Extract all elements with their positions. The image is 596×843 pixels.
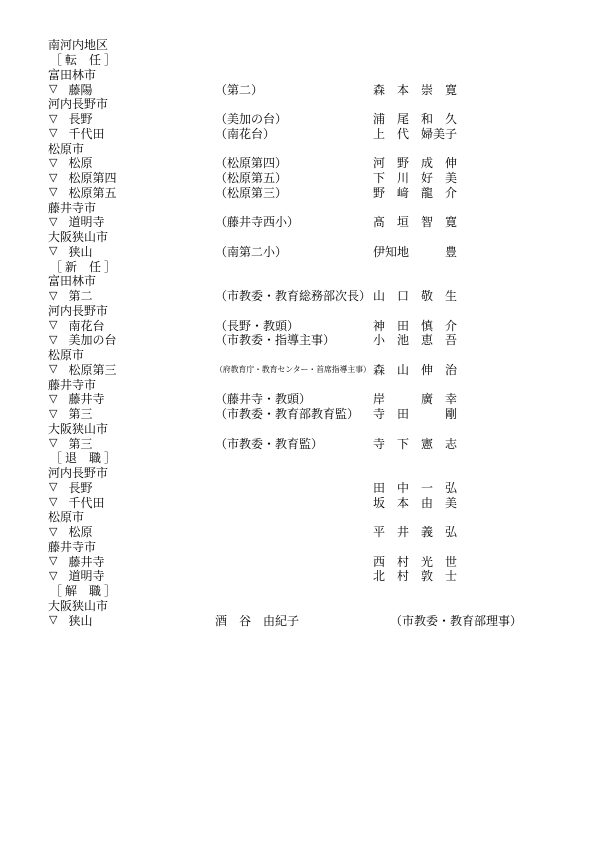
- city-row: 河内長野市: [47, 304, 567, 319]
- entry-row: ▽千代田（南花台）上 代 婦美子: [47, 127, 567, 142]
- entry-school-cell: ▽道明寺: [47, 216, 215, 228]
- person-name: 寺 田 剛: [373, 408, 457, 420]
- person-name: 山 口 敬 生: [373, 290, 457, 302]
- city-row: 大阪狭山市: [47, 599, 567, 614]
- person-name: 寺 下 憲 志: [373, 438, 457, 450]
- school-name: 千代田: [68, 128, 104, 140]
- city-row: 松原市: [47, 141, 567, 156]
- school-name: 狭山: [68, 615, 92, 627]
- entry-school-cell: ▽千代田: [47, 128, 215, 140]
- school-name: 松原第四: [68, 172, 116, 184]
- school-name: 松原第三: [68, 364, 116, 376]
- section-header-row: ［ 解 職 ］: [47, 584, 567, 599]
- doc-content: 南河内地区［ 転 任 ］富田林市▽藤陽（第二）森 本 崇 寛河内長野市▽長野（美…: [47, 38, 567, 628]
- triangle-marker: ▽: [49, 128, 57, 139]
- triangle-marker: ▽: [49, 527, 57, 538]
- city-label: 松原市: [47, 511, 84, 523]
- person-name: 平 井 義 弘: [373, 526, 457, 538]
- person-name: 下 川 好 美: [373, 172, 457, 184]
- entry-school-cell: ▽第三: [47, 408, 215, 420]
- entry-school-cell: ▽美加の台: [47, 334, 215, 346]
- school-name: 道明寺: [68, 570, 104, 582]
- triangle-marker: ▽: [49, 482, 57, 493]
- person-name: 浦 尾 和 久: [373, 113, 457, 125]
- school-name: 長野: [68, 113, 92, 125]
- person-name: 田 中 一 弘: [373, 482, 457, 494]
- document-page: 南河内地区［ 転 任 ］富田林市▽藤陽（第二）森 本 崇 寛河内長野市▽長野（美…: [0, 0, 596, 843]
- triangle-marker: ▽: [49, 246, 57, 257]
- entry-row: ▽第三（市教委・教育部教育監）寺 田 剛: [47, 407, 567, 422]
- school-name: 藤井寺: [68, 393, 104, 405]
- person-name: 伊知地 豊: [373, 246, 457, 258]
- district-label: 南河内地区: [47, 39, 108, 51]
- city-label: 富田林市: [47, 69, 96, 81]
- triangle-marker: ▽: [49, 497, 57, 508]
- school-name: 藤陽: [68, 84, 92, 96]
- entry-row: ▽長野田 中 一 弘: [47, 481, 567, 496]
- entry-row: ▽長野（美加の台）浦 尾 和 久: [47, 112, 567, 127]
- entry-school-cell: ▽松原: [47, 526, 215, 538]
- triangle-marker: ▽: [49, 556, 57, 567]
- school-name: 千代田: [68, 497, 104, 509]
- city-label: 藤井寺市: [47, 202, 96, 214]
- entry-school-cell: ▽長野: [47, 482, 215, 494]
- city-label: 河内長野市: [47, 305, 108, 317]
- previous-post: （松原第五）: [215, 172, 373, 184]
- section-title-1: ［ 新 任 ］: [47, 261, 116, 273]
- entry-row: ▽第三（市教委・教育監）寺 下 憲 志: [47, 436, 567, 451]
- entry-school-cell: ▽狭山: [47, 615, 215, 627]
- school-name: 松原: [68, 526, 92, 538]
- person-name: 小 池 恵 吾: [373, 334, 457, 346]
- school-name: 藤井寺: [68, 556, 104, 568]
- entry-row: ▽南花台（長野・教頭）神 田 慎 介: [47, 318, 567, 333]
- city-label: 大阪狭山市: [47, 600, 108, 612]
- person-name: 河 野 成 伸: [373, 157, 457, 169]
- section-header-row: ［ 退 職 ］: [47, 451, 567, 466]
- previous-post: （南第二小）: [215, 246, 373, 258]
- entry-school-cell: ▽藤井寺: [47, 393, 215, 405]
- entry-school-cell: ▽松原: [47, 157, 215, 169]
- person-name: 岸 廣 幸: [373, 393, 457, 405]
- person-name: 神 田 慎 介: [373, 320, 457, 332]
- entry-row: ▽藤井寺（藤井寺・教頭）岸 廣 幸: [47, 392, 567, 407]
- entry-row: ▽狭山（南第二小）伊知地 豊: [47, 245, 567, 260]
- city-row: 松原市: [47, 510, 567, 525]
- triangle-marker: ▽: [49, 409, 57, 420]
- school-name: 狭山: [68, 246, 92, 258]
- note: （市教委・教育部理事）: [390, 615, 522, 627]
- school-name: 松原第五: [68, 187, 116, 199]
- person-name: 酒 谷 由紀子: [215, 615, 390, 627]
- entry-row: ▽松原第五（松原第三）野 﨑 龍 介: [47, 186, 567, 201]
- city-label: 富田林市: [47, 275, 96, 287]
- previous-post: （藤井寺・教頭）: [215, 393, 373, 405]
- entry-school-cell: ▽第三: [47, 438, 215, 450]
- entry-school-cell: ▽第二: [47, 290, 215, 302]
- entry-school-cell: ▽千代田: [47, 497, 215, 509]
- previous-post: （市教委・教育総務部次長）: [215, 290, 373, 302]
- city-label: 藤井寺市: [47, 541, 96, 553]
- school-name: 第二: [68, 290, 92, 302]
- entry-school-cell: ▽藤井寺: [47, 556, 215, 568]
- entry-school-cell: ▽松原第三: [47, 364, 215, 376]
- triangle-marker: ▽: [49, 571, 57, 582]
- section-title-2: ［ 退 職 ］: [47, 452, 116, 464]
- triangle-marker: ▽: [49, 84, 57, 95]
- section-title-0: ［ 転 任 ］: [47, 54, 116, 66]
- previous-post: （長野・教頭）: [215, 320, 373, 332]
- city-row: 河内長野市: [47, 466, 567, 481]
- city-label: 大阪狭山市: [47, 231, 108, 243]
- city-label: 藤井寺市: [47, 379, 96, 391]
- entry-row: ▽松原（松原第四）河 野 成 伸: [47, 156, 567, 171]
- person-name: 野 﨑 龍 介: [373, 187, 457, 199]
- school-name: 道明寺: [68, 216, 104, 228]
- entry-row: ▽第二（市教委・教育総務部次長）山 口 敬 生: [47, 289, 567, 304]
- section-title-3: ［ 解 職 ］: [47, 585, 116, 597]
- previous-post: （第二）: [215, 84, 373, 96]
- school-name: 第三: [68, 438, 92, 450]
- city-label: 松原市: [47, 349, 84, 361]
- triangle-marker: ▽: [49, 291, 57, 302]
- entry-school-cell: ▽南花台: [47, 320, 215, 332]
- entry-row: ▽千代田坂 本 由 美: [47, 495, 567, 510]
- person-name: 西 村 光 世: [373, 556, 457, 568]
- entry-school-cell: ▽狭山: [47, 246, 215, 258]
- person-name: 髙 垣 智 寛: [373, 216, 457, 228]
- city-row: 河内長野市: [47, 97, 567, 112]
- triangle-marker: ▽: [49, 364, 57, 375]
- previous-post: （南花台）: [215, 128, 373, 140]
- city-row: 藤井寺市: [47, 540, 567, 555]
- city-row: 松原市: [47, 348, 567, 363]
- school-name: 松原: [68, 157, 92, 169]
- city-label: 松原市: [47, 143, 84, 155]
- triangle-marker: ▽: [49, 217, 57, 228]
- city-row: 藤井寺市: [47, 377, 567, 392]
- triangle-marker: ▽: [49, 114, 57, 125]
- triangle-marker: ▽: [49, 615, 57, 626]
- triangle-marker: ▽: [49, 320, 57, 331]
- school-name: 長野: [68, 482, 92, 494]
- section-header-row: ［ 新 任 ］: [47, 259, 567, 274]
- entry-row: ▽藤井寺西 村 光 世: [47, 554, 567, 569]
- entry-row: ▽藤陽（第二）森 本 崇 寛: [47, 82, 567, 97]
- entry-school-cell: ▽藤陽: [47, 84, 215, 96]
- city-row: 富田林市: [47, 68, 567, 83]
- entry-row: ▽美加の台（市教委・指導主事）小 池 恵 吾: [47, 333, 567, 348]
- previous-post: （府教育庁・教育センター・首席指導主事）: [215, 366, 373, 374]
- triangle-marker: ▽: [49, 187, 57, 198]
- school-name: 南花台: [68, 320, 104, 332]
- entry-row: ▽道明寺北 村 敦 士: [47, 569, 567, 584]
- previous-post: （美加の台）: [215, 113, 373, 125]
- previous-post: （市教委・指導主事）: [215, 334, 373, 346]
- city-row: 大阪狭山市: [47, 230, 567, 245]
- triangle-marker: ▽: [49, 438, 57, 449]
- entry-school-cell: ▽長野: [47, 113, 215, 125]
- city-label: 河内長野市: [47, 98, 108, 110]
- city-row: 藤井寺市: [47, 200, 567, 215]
- triangle-marker: ▽: [49, 158, 57, 169]
- entry-school-cell: ▽松原第五: [47, 187, 215, 199]
- school-name: 美加の台: [68, 334, 116, 346]
- previous-post: （市教委・教育監）: [215, 438, 373, 450]
- district-row: 南河内地区: [47, 38, 567, 53]
- entry-row: ▽松原第三（府教育庁・教育センター・首席指導主事）森 山 伸 治: [47, 363, 567, 378]
- person-name: 坂 本 由 美: [373, 497, 457, 509]
- city-label: 大阪狭山市: [47, 423, 108, 435]
- entry-row: ▽狭山酒 谷 由紀子（市教委・教育部理事）: [47, 613, 567, 628]
- city-row: 大阪狭山市: [47, 422, 567, 437]
- person-name: 上 代 婦美子: [373, 128, 457, 140]
- person-name: 森 本 崇 寛: [373, 84, 457, 96]
- previous-post: （藤井寺西小）: [215, 216, 373, 228]
- triangle-marker: ▽: [49, 335, 57, 346]
- school-name: 第三: [68, 408, 92, 420]
- entry-row: ▽松原第四（松原第五）下 川 好 美: [47, 171, 567, 186]
- person-name: 森 山 伸 治: [373, 364, 457, 376]
- city-label: 河内長野市: [47, 467, 108, 479]
- previous-post: （市教委・教育部教育監）: [215, 408, 373, 420]
- entry-row: ▽道明寺（藤井寺西小）髙 垣 智 寛: [47, 215, 567, 230]
- entry-row: ▽松原平 井 義 弘: [47, 525, 567, 540]
- triangle-marker: ▽: [49, 173, 57, 184]
- entry-school-cell: ▽道明寺: [47, 570, 215, 582]
- triangle-marker: ▽: [49, 394, 57, 405]
- person-name: 北 村 敦 士: [373, 570, 457, 582]
- section-header-row: ［ 転 任 ］: [47, 53, 567, 68]
- city-row: 富田林市: [47, 274, 567, 289]
- entry-school-cell: ▽松原第四: [47, 172, 215, 184]
- previous-post: （松原第四）: [215, 157, 373, 169]
- previous-post: （松原第三）: [215, 187, 373, 199]
